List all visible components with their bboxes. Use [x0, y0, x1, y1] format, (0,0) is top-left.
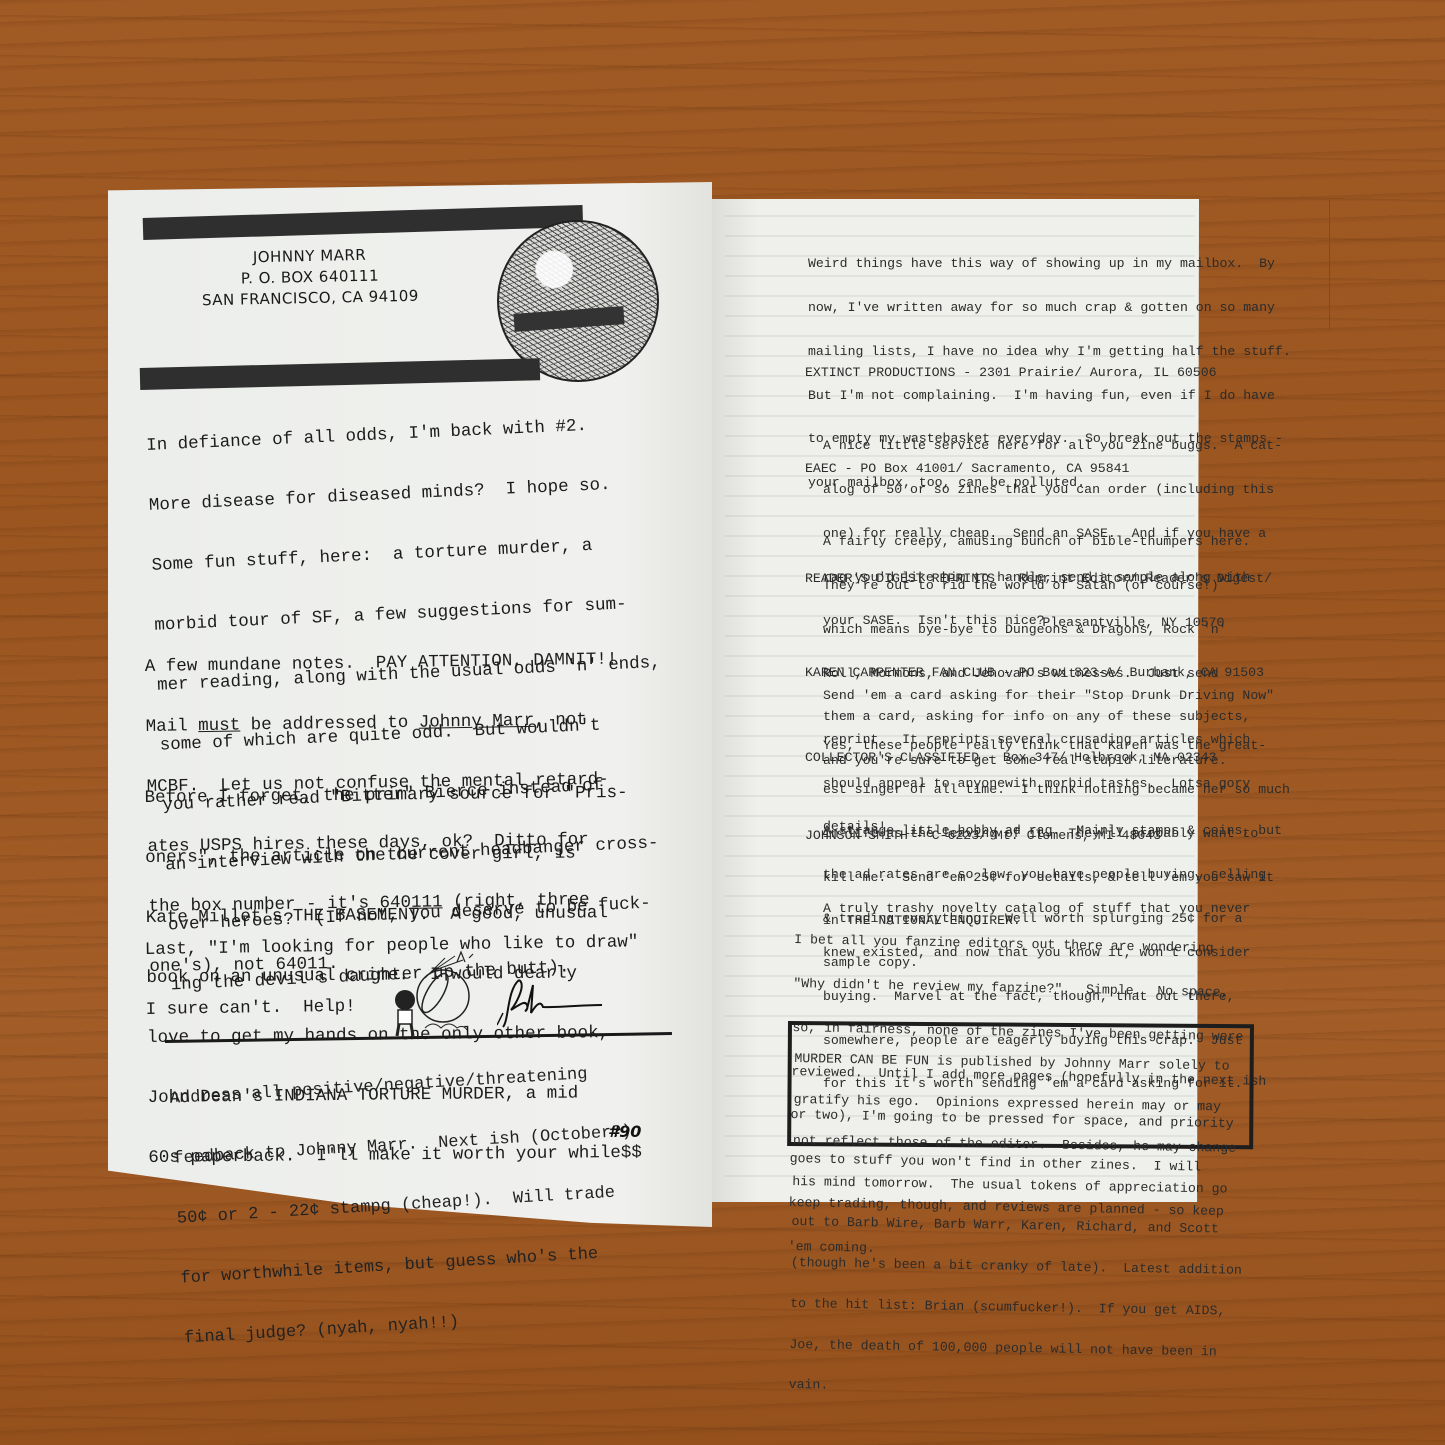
handwritten-price: #90	[608, 1122, 641, 1141]
text-line: Before I forget, the primary source for …	[144, 782, 674, 808]
underlined-name: Johnny Marr	[419, 711, 535, 733]
listing-heading: EXTINCT PRODUCTIONS - 2301 Prairie/ Auro…	[805, 366, 1305, 381]
listing-heading: COLLECTOR'S CLASSIFIED - Box 347/ Holbro…	[805, 751, 1305, 766]
cartoon-boy-icon	[385, 948, 485, 1043]
text-line: Some fun stuff, here: a torture murder, …	[151, 532, 681, 576]
text-line: In defiance of all odds, I'm back with #…	[146, 412, 676, 456]
text-line: Weird things have this way of showing up…	[808, 257, 1308, 272]
underlined-must: must	[198, 716, 240, 737]
return-address: JOHNNY MARR P. O. BOX 640111 SAN FRANCIS…	[194, 244, 425, 312]
left-footer: Address all positive/negative/threatenin…	[167, 1020, 685, 1369]
listing-heading: KAREN CARPENTER FAN CLUB - PO Box 823-A/…	[805, 666, 1305, 681]
listing-heading: EAEC - PO Box 41001/ Sacramento, CA 9584…	[805, 462, 1305, 477]
text-line: Mail must be addressed to Johnny Marr, n…	[146, 709, 676, 737]
listing-heading: READER'S DIGEST REPRINTS - Reprint Edito…	[805, 572, 1305, 587]
text-line: oners", the article on the cover girl, i…	[145, 842, 675, 868]
text-line: now, I've written away for so much crap …	[808, 301, 1308, 316]
text-line: final judge? (nyah, nyah!!)	[184, 1300, 684, 1350]
text-line: A few mundane notes. PAY ATTENTION, DAMN…	[145, 649, 675, 677]
text-line: 50¢ or 2 - 22¢ stampg (cheap!). Will tra…	[176, 1180, 676, 1230]
listing-heading: JOHNSON SMITH - C-6223/ Mt. Clemens, MI …	[805, 829, 1305, 844]
margin-rule	[1329, 200, 1330, 330]
text-line: More disease for diseased minds? I hope …	[149, 472, 679, 516]
text-line: Address all positive/negative/threatenin…	[169, 1060, 669, 1110]
listing-heading-cont: Pleasantville, NY 10570	[805, 616, 1305, 631]
signature-john	[497, 975, 607, 1030]
text-line: for worthwhile items, but guess who's th…	[180, 1240, 680, 1290]
text-line: feedback to Johnny Marr. Next ish (Octob…	[173, 1120, 673, 1170]
colophon-text: MURDER CAN BE FUN is published by Johnny…	[788, 1025, 1255, 1414]
